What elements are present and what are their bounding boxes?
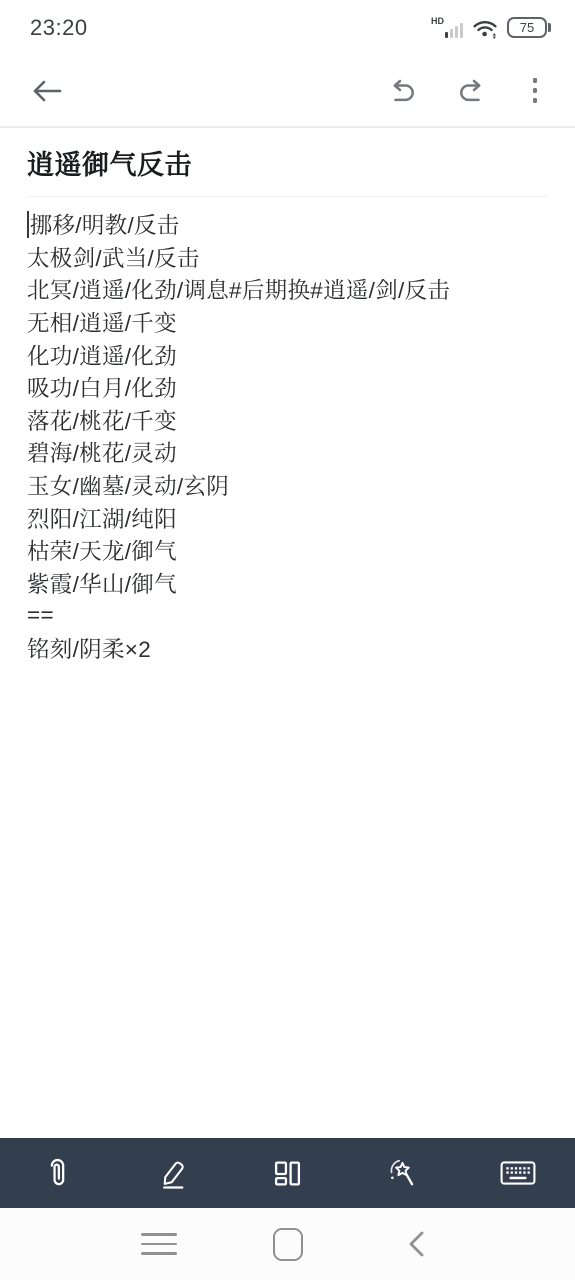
clock: 23:20 [30,15,88,41]
magic-wand-button[interactable] [373,1146,433,1200]
pen-icon [157,1157,189,1189]
title-divider [27,196,548,197]
system-nav-bar [0,1208,575,1280]
note-line: 紫霞/华山/御气 [27,567,548,600]
note-line: 铭刻/阴柔×2 [27,632,548,665]
note-line: == [27,599,548,632]
top-toolbar [0,55,575,126]
redo-button[interactable] [456,78,487,104]
status-bar: 23:20 HD 75 [0,0,575,55]
battery-icon: 75 [507,17,551,38]
note-line: 碧海/桃花/灵动 [27,436,548,469]
note-line: 烈阳/江湖/纯阳 [27,501,548,534]
magic-wand-icon [387,1157,419,1189]
note-line: 玉女/幽墓/灵动/玄阴 [27,469,548,502]
wifi-icon [472,17,498,39]
note-line: 挪移/明教/反击 [27,208,548,241]
more-menu-button[interactable] [525,74,546,107]
nav-back-button[interactable] [389,1220,443,1268]
note-line: 化功/逍遥/化劲 [27,338,548,371]
note-line: 吸功/白月/化劲 [27,371,548,404]
hd-signal-icon: HD [431,16,463,40]
format-toolbar [0,1138,575,1208]
attachment-button[interactable] [28,1146,88,1200]
hd-label: HD [431,16,444,26]
back-icon [405,1229,427,1259]
note-line: 落花/桃花/千变 [27,404,548,437]
attachment-icon [45,1156,70,1190]
status-icons: HD 75 [431,16,551,40]
home-icon [273,1228,303,1261]
pen-button[interactable] [143,1146,203,1200]
undo-icon [387,78,418,104]
layout-icon [273,1159,302,1188]
layout-button[interactable] [258,1146,318,1200]
home-button[interactable] [261,1220,315,1268]
note-line: 北冥/逍遥/化劲/调息#后期换#逍遥/剑/反击 [27,273,548,306]
recents-button[interactable] [132,1220,186,1268]
note-line: 枯荣/天龙/御气 [27,534,548,567]
redo-icon [456,78,487,104]
note-line: 无相/逍遥/千变 [27,306,548,339]
back-button[interactable] [30,78,64,104]
battery-level: 75 [507,17,547,38]
note-line: 太极剑/武当/反击 [27,241,548,274]
recents-icon [141,1233,177,1254]
back-arrow-icon [30,78,64,104]
note-body[interactable]: 挪移/明教/反击 太极剑/武当/反击 北冥/逍遥/化劲/调息#后期换#逍遥/剑/… [27,208,548,664]
keyboard-icon [500,1159,536,1187]
more-menu-icon [529,76,542,105]
undo-button[interactable] [387,78,418,104]
note-title[interactable]: 逍遥御气反击 [27,147,548,183]
phone-screen: 23:20 HD 75 [0,0,575,1280]
toolbar-divider [0,126,575,128]
note-editor: 逍遥御气反击 挪移/明教/反击 太极剑/武当/反击 北冥/逍遥/化劲/调息#后期… [0,147,575,664]
keyboard-button[interactable] [488,1146,548,1200]
